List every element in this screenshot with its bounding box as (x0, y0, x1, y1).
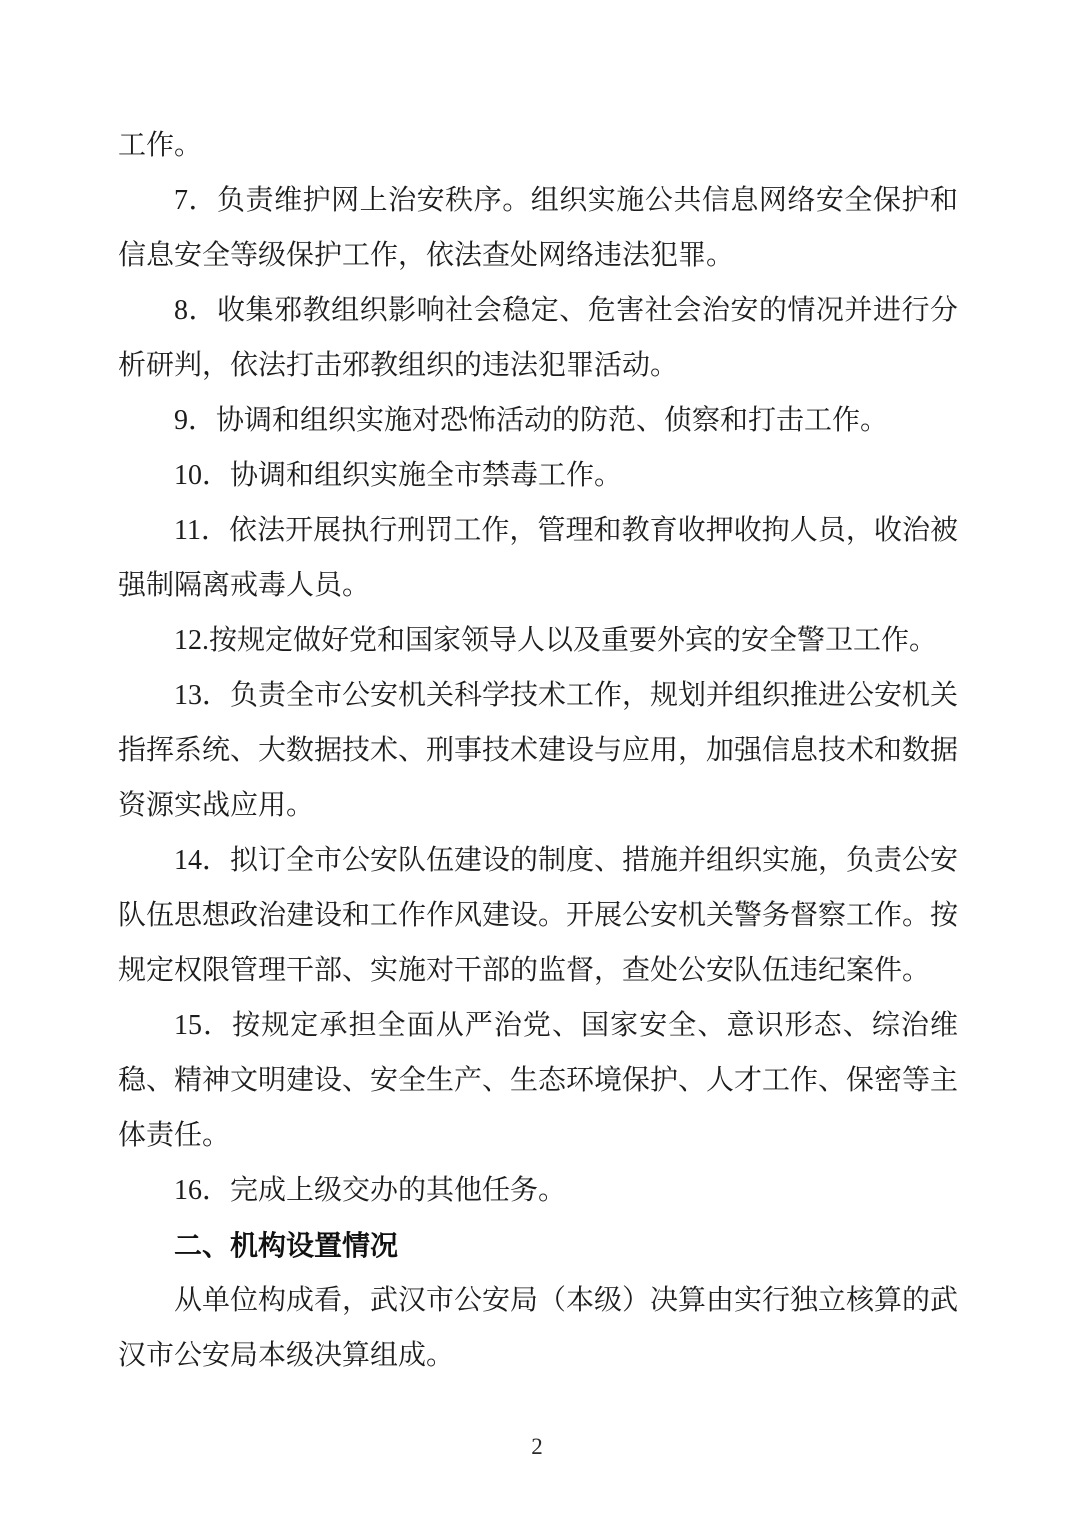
page-footer: 2 (0, 1434, 1074, 1460)
body-paragraph-8: 14．拟订全市公安队伍建设的制度、措施并组织实施，负责公安队伍思想政治建设和工作… (118, 833, 958, 998)
body-paragraph-2: 8．收集邪教组织影响社会稳定、危害社会治安的情况并进行分析研判，依法打击邪教组织… (118, 283, 958, 393)
body-paragraph-10: 16．完成上级交办的其他任务。 (118, 1163, 958, 1218)
body-paragraph-0: 工作。 (118, 118, 958, 173)
body-paragraph-1: 7．负责维护网上治安秩序。组织实施公共信息网络安全保护和信息安全等级保护工作，依… (118, 173, 958, 283)
body-paragraph-7: 13．负责全市公安机关科学技术工作，规划并组织推进公安机关指挥系统、大数据技术、… (118, 668, 958, 833)
document-page: 工作。7．负责维护网上治安秩序。组织实施公共信息网络安全保护和信息安全等级保护工… (0, 0, 1074, 1520)
body-paragraph-9: 15．按规定承担全面从严治党、国家安全、意识形态、综治维稳、精神文明建设、安全生… (118, 998, 958, 1163)
page-number: 2 (531, 1434, 543, 1459)
section-heading: 二、机构设置情况 (118, 1218, 958, 1273)
body-paragraph-6: 12.按规定做好党和国家领导人以及重要外宾的安全警卫工作。 (118, 613, 958, 668)
body-paragraph-5: 11．依法开展执行刑罚工作，管理和教育收押收拘人员，收治被强制隔离戒毒人员。 (118, 503, 958, 613)
body-paragraph-12: 从单位构成看，武汉市公安局（本级）决算由实行独立核算的武汉市公安局本级决算组成。 (118, 1273, 958, 1383)
document-body: 工作。7．负责维护网上治安秩序。组织实施公共信息网络安全保护和信息安全等级保护工… (118, 118, 958, 1383)
body-paragraph-3: 9．协调和组织实施对恐怖活动的防范、侦察和打击工作。 (118, 393, 958, 448)
body-paragraph-4: 10．协调和组织实施全市禁毒工作。 (118, 448, 958, 503)
